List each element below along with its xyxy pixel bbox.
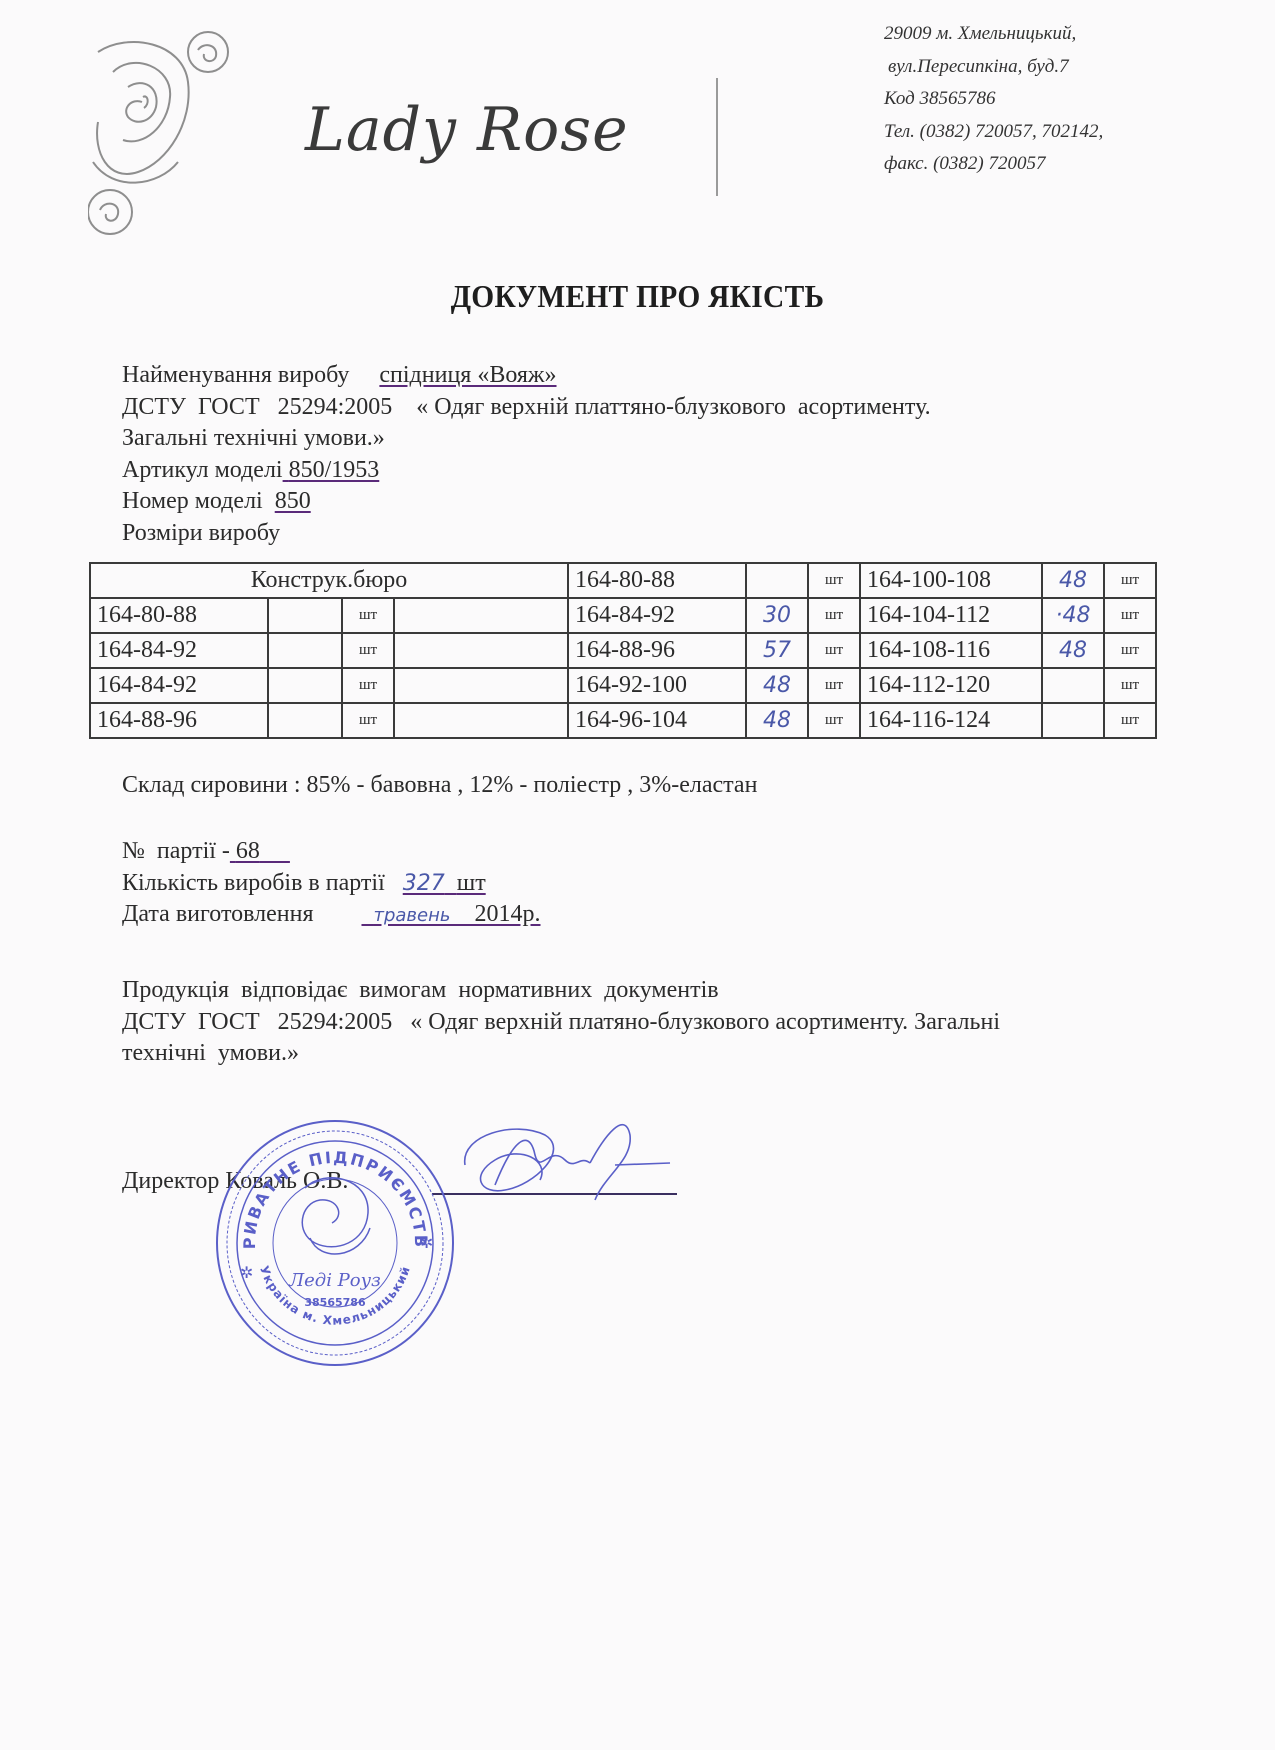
unit-label: шт: [342, 598, 394, 633]
handwritten-quantity: 30: [763, 603, 791, 628]
batch-quantity-line: Кількість виробів в партії 327 шт: [122, 868, 541, 900]
composition: Склад сировини : 85% - бавовна , 12% - п…: [122, 770, 757, 802]
model-label: Номер моделі: [122, 488, 263, 514]
unit-label: шт: [1104, 633, 1156, 668]
product-name-label: Найменування виробу: [122, 362, 349, 388]
size-label: 164-84-92: [90, 668, 268, 703]
size-label: 164-88-96: [90, 703, 268, 738]
standard-line-1: ДСТУ ГОСТ 25294:2005 « Одяг верхній плат…: [122, 392, 931, 424]
contact-code: Код 38565786: [884, 83, 1103, 116]
table-row: 164-84-92шт164-92-10048шт164-112-120шт: [90, 668, 1156, 703]
unit-label: шт: [342, 703, 394, 738]
size-label: 164-116-124: [860, 703, 1042, 738]
size-quantity: [268, 668, 342, 703]
unit-label: шт: [1104, 668, 1156, 703]
document-title: ДОКУМЕНТ ПРО ЯКІСТЬ: [51, 278, 1224, 315]
product-name-line: Найменування виробу спідниця «Вояж»: [122, 360, 931, 392]
unit-label: шт: [808, 563, 860, 598]
size-quantity: [1042, 668, 1104, 703]
handwritten-quantity: 48: [1059, 568, 1087, 593]
batch-number-label: № партії -: [122, 838, 230, 864]
size-quantity: [268, 703, 342, 738]
sizes-label: Розміри виробу: [122, 518, 931, 550]
size-quantity: 48: [746, 668, 808, 703]
batch-quantity-value: 327 шт: [403, 870, 486, 896]
rose-ornament-icon: [88, 22, 238, 242]
contact-address-street: вул.Пересипкіна, буд.7: [884, 51, 1103, 84]
standard-line-2: Загальні технічні умови.»: [122, 423, 931, 455]
size-quantity: [746, 563, 808, 598]
article-line: Артикул моделі 850/1953: [122, 455, 931, 487]
unit-label: шт: [808, 633, 860, 668]
svg-text:✲: ✲: [240, 1263, 253, 1282]
size-label: 164-80-88: [568, 563, 746, 598]
unit-label: шт: [1104, 563, 1156, 598]
batch-info: № партії - 68 Кількість виробів в партії…: [122, 836, 541, 932]
size-quantity: 48: [1042, 633, 1104, 668]
size-quantity: [1042, 703, 1104, 738]
size-label: 164-112-120: [860, 668, 1042, 703]
empty-cell: [394, 598, 568, 633]
design-bureau-header: Конструк.бюро: [90, 563, 568, 598]
empty-cell: [394, 703, 568, 738]
model-value: 850: [275, 488, 311, 514]
conformity-line-2: ДСТУ ГОСТ 25294:2005 « Одяг верхній плат…: [122, 1007, 1000, 1039]
empty-cell: [394, 633, 568, 668]
unit-label: шт: [342, 633, 394, 668]
sizes-table: Конструк.бюро164-80-88шт164-100-10848шт1…: [89, 562, 1157, 739]
unit-label: шт: [1104, 703, 1156, 738]
unit-label: шт: [808, 703, 860, 738]
signature-icon: [455, 1115, 675, 1205]
article-label: Артикул моделі: [122, 457, 283, 483]
table-row: Конструк.бюро164-80-88шт164-100-10848шт: [90, 563, 1156, 598]
table-row: 164-88-96шт164-96-10448шт164-116-124шт: [90, 703, 1156, 738]
contact-address-city: 29009 м. Хмельницький,: [884, 18, 1103, 51]
unit-label: шт: [808, 668, 860, 703]
manufacture-date-label: Дата виготовлення: [122, 901, 313, 927]
conformity-line-3: технічні умови.»: [122, 1038, 1000, 1070]
company-logo: Lady Rose: [305, 95, 629, 165]
size-quantity: 57: [746, 633, 808, 668]
unit-label: шт: [342, 668, 394, 703]
manufacture-date-line: Дата виготовлення травень 2014р.: [122, 899, 541, 932]
handwritten-quantity: 48: [1059, 638, 1087, 663]
size-label: 164-104-112: [860, 598, 1042, 633]
manufacture-date-value: травень 2014р.: [361, 901, 540, 927]
header-divider: [716, 78, 718, 196]
batch-number-value: 68: [230, 838, 290, 864]
size-quantity: ·48: [1042, 598, 1104, 633]
product-name-value: спідниця «Вояж»: [379, 362, 556, 388]
handwritten-quantity: 57: [763, 638, 791, 663]
size-quantity: [268, 633, 342, 668]
size-quantity: 30: [746, 598, 808, 633]
batch-quantity-label: Кількість виробів в партії: [122, 870, 385, 896]
size-label: 164-88-96: [568, 633, 746, 668]
handwritten-quantity: ·48: [1056, 603, 1091, 628]
handwritten-quantity: 48: [763, 673, 791, 698]
table-row: 164-84-92шт164-88-9657шт164-108-11648шт: [90, 633, 1156, 668]
size-label: 164-96-104: [568, 703, 746, 738]
company-contacts: 29009 м. Хмельницький, вул.Пересипкіна, …: [884, 18, 1103, 181]
size-quantity: 48: [746, 703, 808, 738]
unit-label: шт: [1104, 598, 1156, 633]
svg-text:✲: ✲: [420, 1233, 433, 1252]
size-quantity: [268, 598, 342, 633]
size-label: 164-80-88: [90, 598, 268, 633]
contact-fax: факс. (0382) 720057: [884, 148, 1103, 181]
size-label: 164-84-92: [568, 598, 746, 633]
article-value: 850/1953: [283, 457, 380, 483]
size-label: 164-100-108: [860, 563, 1042, 598]
size-label: 164-108-116: [860, 633, 1042, 668]
table-row: 164-80-88шт164-84-9230шт164-104-112·48шт: [90, 598, 1156, 633]
svg-text:38565786: 38565786: [304, 1296, 366, 1309]
product-info: Найменування виробу спідниця «Вояж» ДСТУ…: [122, 360, 931, 549]
conformity-line-1: Продукція відповідає вимогам нормативних…: [122, 975, 1000, 1007]
unit-label: шт: [808, 598, 860, 633]
handwritten-quantity: 48: [763, 708, 791, 733]
size-quantity: 48: [1042, 563, 1104, 598]
empty-cell: [394, 668, 568, 703]
svg-text:Леді Роуз: Леді Роуз: [288, 1270, 381, 1291]
model-line: Номер моделі 850: [122, 486, 931, 518]
size-label: 164-84-92: [90, 633, 268, 668]
conformity-statement: Продукція відповідає вимогам нормативних…: [122, 975, 1000, 1070]
company-stamp-icon: ПРИВАТНЕ ПІДПРИЄМСТВО Україна м. Хмельни…: [210, 1118, 460, 1368]
contact-phone: Тел. (0382) 720057, 702142,: [884, 116, 1103, 149]
batch-number-line: № партії - 68: [122, 836, 541, 868]
size-label: 164-92-100: [568, 668, 746, 703]
